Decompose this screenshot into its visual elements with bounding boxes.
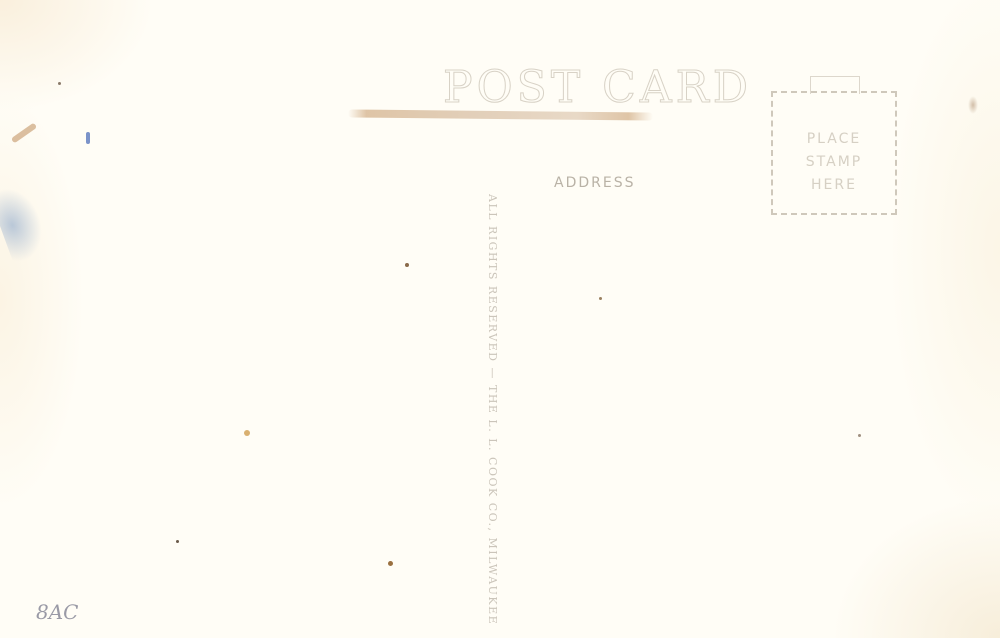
publisher-divider-text: ALL RIGHTS RESERVED — THE L. L. COOK CO.… — [486, 194, 499, 578]
speck — [405, 263, 409, 267]
speck — [58, 82, 61, 85]
speck — [858, 434, 861, 437]
stamp-box-text: PLACE STAMP HERE — [771, 128, 897, 197]
postcard-title: POST CARD — [443, 66, 752, 110]
stamp-line-1: PLACE — [771, 128, 897, 151]
stamp-line-3: HERE — [771, 174, 897, 197]
postcard-back: POST CARD PLACE STAMP HERE ADDRESS ALL R… — [0, 0, 1000, 638]
stamp-line-2: STAMP — [771, 151, 897, 174]
speck — [599, 297, 602, 300]
speck — [388, 561, 393, 566]
address-label: ADDRESS — [554, 175, 635, 191]
edge-stain — [968, 96, 978, 114]
handwritten-note: 8AC — [36, 600, 78, 624]
blue-smudge — [0, 180, 52, 264]
ink-mark — [86, 132, 90, 144]
speck — [176, 540, 179, 543]
speck — [244, 430, 250, 436]
stain-mark — [11, 123, 37, 144]
